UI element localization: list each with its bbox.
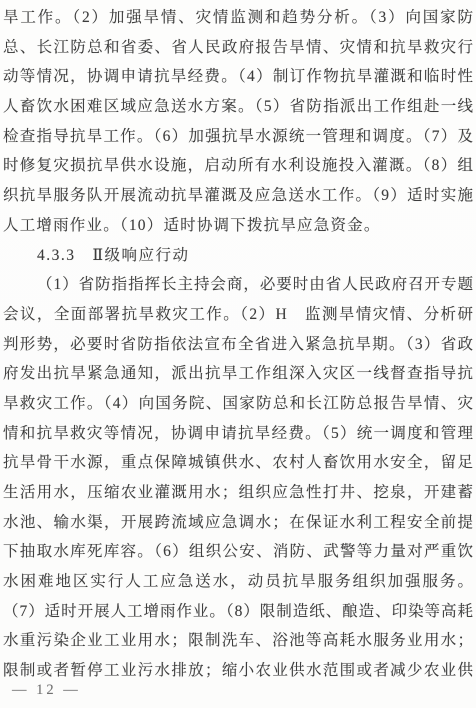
text-line: （1）省防指指挥长主持会商，必要时由省人民政府召开专题 <box>3 270 473 300</box>
text-line: 人工增雨作业。（10）适时协调下拨抗旱应急资金。 <box>3 211 473 241</box>
text-line: 检查指导抗旱工作。（6）加强抗旱水源统一管理和调度。（7）及 <box>3 122 473 152</box>
text-line: 时修复灾损抗旱供水设施，启动所有水利设施投入灌溉。（8）组 <box>3 151 473 181</box>
text-line: 抗旱骨干水源，重点保障城镇供水、农村人畜饮用水安全，留足 <box>3 448 473 478</box>
text-line: 动等情况，协调申请抗旱经费。（4）制订作物抗旱灌溉和临时性 <box>3 62 473 92</box>
text-line: 情和抗旱救灾等情况，协调申请抗旱经费。（5）统一调度和管理 <box>3 419 473 449</box>
document-page: 旱工作。（2）加强旱情、灾情监测和趋势分析。（3）向国家防 总、长江防总和省委、… <box>0 0 476 708</box>
text-line: 人畜饮水困难区域应急送水方案。（5）省防指派出工作组赴一线 <box>3 92 473 122</box>
text-line: 生活用水，压缩农业灌溉用水；组织应急性打井、挖泉，开建蓄 <box>3 478 473 508</box>
text-line: 织抗旱服务队开展流动抗旱灌溉及应急送水工作。（9）适时实施 <box>3 181 473 211</box>
text-line: 水重污染企业工业用水；限制洗车、浴池等高耗水服务业用水； <box>3 626 473 656</box>
text-line: （7）适时开展人工增雨作业。（8）限制造纸、酿造、印染等高耗 <box>3 597 473 627</box>
text-line: 判形势，必要时省防指依法宣布全省进入紧急抗旱期。（3）省政 <box>3 330 473 360</box>
page-number-footer: — 12 — <box>12 682 81 699</box>
text-line: 会议，全面部署抗旱救灾工作。（2）H 监测旱情灾情、分析研 <box>3 300 473 330</box>
text-line: 水池、输水渠，开展跨流域应急调水；在保证水利工程安全前提 <box>3 508 473 538</box>
paragraph-continuation: 旱工作。（2）加强旱情、灾情监测和趋势分析。（3）向国家防 总、长江防总和省委、… <box>3 3 473 241</box>
section-heading: 4.3.3 Ⅱ级响应行动 <box>3 241 473 271</box>
text-line: 旱工作。（2）加强旱情、灾情监测和趋势分析。（3）向国家防 <box>3 3 473 33</box>
text-line: 总、长江防总和省委、省人民政府报告旱情、灾情和抗旱救灾行 <box>3 33 473 63</box>
paragraph-level2-response: （1）省防指指挥长主持会商，必要时由省人民政府召开专题 会议，全面部署抗旱救灾工… <box>3 270 473 686</box>
text-line: 下抽取水库死库容。（6）组织公安、消防、武警等力量对严重饮 <box>3 537 473 567</box>
text-line: 府发出抗旱紧急通知，派出抗旱工作组深入灾区一线督查指导抗 <box>3 359 473 389</box>
text-line: 旱救灾工作。（4）向国务院、国家防总和长江防总报告旱情、灾 <box>3 389 473 419</box>
text-line: 水困难地区实行人工应急送水，动员抗旱服务组织加强服务。 <box>3 567 473 597</box>
